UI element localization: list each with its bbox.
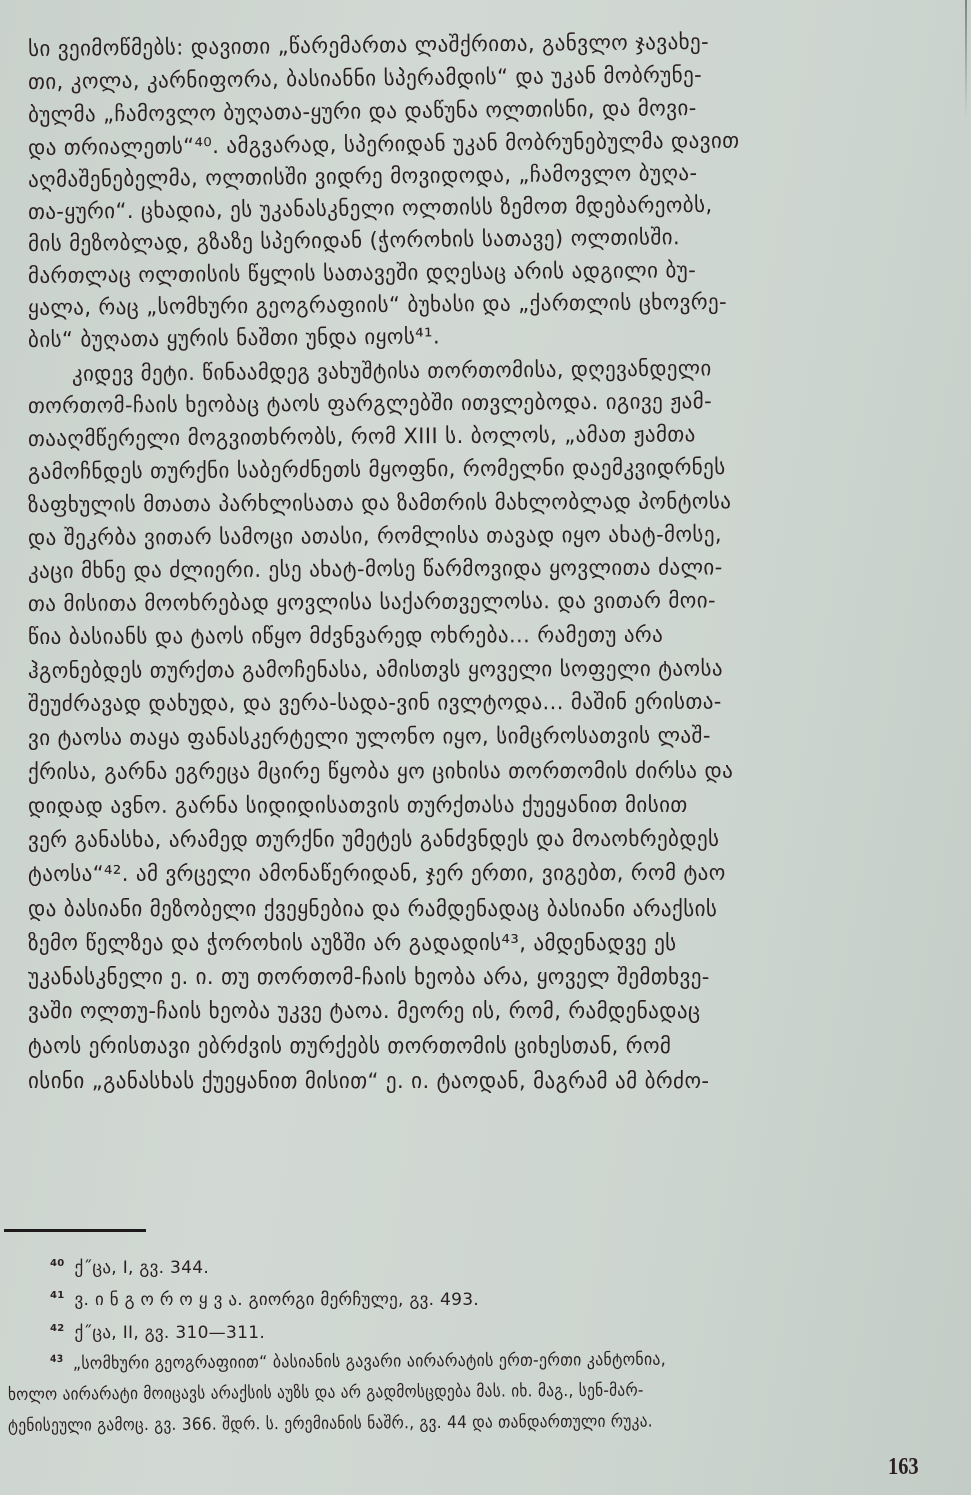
footnote-text: ქ˝ცა, I, გვ. 344. [75, 1258, 210, 1278]
footnote-text: „სომხური გეოგრაფიით“ ბასიანის გავარი აირ… [73, 1350, 666, 1374]
text-line: ტაოსა“⁴². ამ ვრცელი ამონაწერიდან, ჯერ ერ… [28, 861, 726, 887]
text-line: და ბასიანი მეზობელი ქვეყნებია და რამდენა… [28, 897, 717, 922]
footnote-text: ვ. ი ნ გ ო რ ო ყ ვ ა. გიორგი მერჩულე, გვ… [75, 1290, 480, 1310]
footnote-43-continued: ტენისეული გამოც. გვ. 366. შდრ. ს. ერემია… [8, 1411, 653, 1436]
text-line: თორთომ-ჩაის ხეობაც ტაოს ფარგლებში ითვლებ… [28, 389, 712, 419]
text-line: ვი ტაოსა თაყა ფანასკერტელი ულონო იყო, სი… [28, 724, 711, 751]
text-line: შეუძრავად დახუდა, და ვერა-სადა-ვინ ივლტო… [28, 690, 722, 717]
text-line: ჰგონებდეს თურქთა გამოჩენასა, ამისთვს ყოვ… [28, 657, 723, 684]
text-line: მართლაც ოლთისის წყლის სათავეში დღესაც არ… [28, 258, 696, 289]
text-line: ყალა, რაც „სომხური გეოგრაფიის“ ბუხასი და… [28, 290, 727, 321]
page-edge-shadow [965, 0, 967, 120]
text-line: თა-ყური“. ცხადია, ეს უკანასკნელი ოლთისს … [28, 193, 713, 225]
text-line: ზაფხულის მთათა პარხლისათა და ზამთრის მახ… [28, 489, 731, 518]
footnote-42: 42ქ˝ცა, II, გვ. 310—311. [50, 1323, 265, 1343]
text-line: თა მისითა მოოხრებად ყოვლისა საქართველოსა… [28, 588, 716, 617]
text-line: სი ვეიმოწმებს: დავითი „წარემართა ლაშქრით… [28, 30, 709, 62]
text-line: ვერ განასხა, არამედ თურქნი უმეტეს განძვნ… [28, 827, 719, 853]
footnote-40: 40ქ˝ცა, I, გვ. 344. [50, 1258, 209, 1278]
footnote-number: 41 [50, 1290, 65, 1301]
text-line: დიდად ავნო. გარნა სიდიდისათვის თურქთასა … [28, 793, 688, 819]
footnote-43: 43„სომხური გეოგრაფიით“ ბასიანის გავარი ა… [50, 1350, 666, 1374]
footnote-separator [4, 1229, 146, 1232]
text-line: კაცი მხნე და ძლიერი. ესე ახატ-მოსე წარმო… [28, 555, 723, 584]
text-line: და შეკრბა ვითარ სამოცი ათასი, რომლისა თა… [28, 522, 722, 551]
footnote-text: ქ˝ცა, II, გვ. 310—311. [75, 1323, 266, 1343]
text-line: ტაოს ერისთავი ებრძვის თურქებს თორთომის ც… [28, 1034, 671, 1059]
text-line: ბულმა „ჩამოვლო ბუღათა-ყური და დაწუნა ოლთ… [28, 96, 697, 128]
text-line: მის მეზობლად, გზაზე სპერიდან (ჭოროხის სა… [28, 225, 680, 257]
footnote-number: 42 [50, 1323, 65, 1334]
footnote-41: 41ვ. ი ნ გ ო რ ო ყ ვ ა. გიორგი მერჩულე, … [50, 1290, 479, 1310]
footnote-number: 40 [50, 1258, 65, 1269]
text-line: გამოჩნდეს თურქნი საბერძნეთს მყოფნი, რომე… [28, 455, 726, 485]
text-line-paragraph-start: კიდევ მეტი. წინაამდეგ ვახუშტისა თორთომის… [72, 356, 712, 387]
footnote-text: ხოლო აირარატი მოიცავს არაქსის აუზს და არ… [8, 1381, 644, 1405]
text-line: წია ბასიანს და ტაოს იწყო მძვნვარედ ოხრებ… [28, 623, 663, 650]
footnote-number: 43 [50, 1354, 64, 1365]
text-line: ბის“ ბუღათა ყურის ნაშთი უნდა იყოს⁴¹. [28, 324, 440, 353]
text-line: აღმაშენებელმა, ოლთისში ვიდრე მოვიდოდა, „… [28, 161, 698, 193]
text-line: ისინი „განასხას ქუეყანით მისით“ ე. ი. ტა… [28, 1069, 709, 1094]
text-line: თააღმწერელი მოგვითხრობს, რომ XIII ს. ბოლ… [28, 422, 696, 452]
footnote-43-continued: ხოლო აირარატი მოიცავს არაქსის აუზს და არ… [8, 1381, 644, 1405]
text-line: ვაში ოლთუ-ჩაის ხეობა უკვე ტაოა. მეორე ის… [28, 999, 700, 1024]
text-line: თი, კოლა, კარნიფორა, ბასიანნი სპერამდის“… [28, 63, 702, 95]
text-line: და თრიალეთს“⁴⁰. ამგვარად, სპერიდან უკან … [28, 129, 740, 161]
footnote-text: ტენისეული გამოც. გვ. 366. შდრ. ს. ერემია… [8, 1411, 653, 1436]
text-line: უკანასკნელი ე. ი. თუ თორთომ-ჩაის ხეობა ა… [28, 965, 710, 990]
text-line: ქრისა, გარნა ეგრეცა მცირე წყობა ყო ციხის… [28, 759, 733, 785]
page-number: 163 [888, 1454, 919, 1481]
text-line: ზემო წელზეა და ჭოროხის აუზში არ გადადის⁴… [28, 931, 677, 956]
